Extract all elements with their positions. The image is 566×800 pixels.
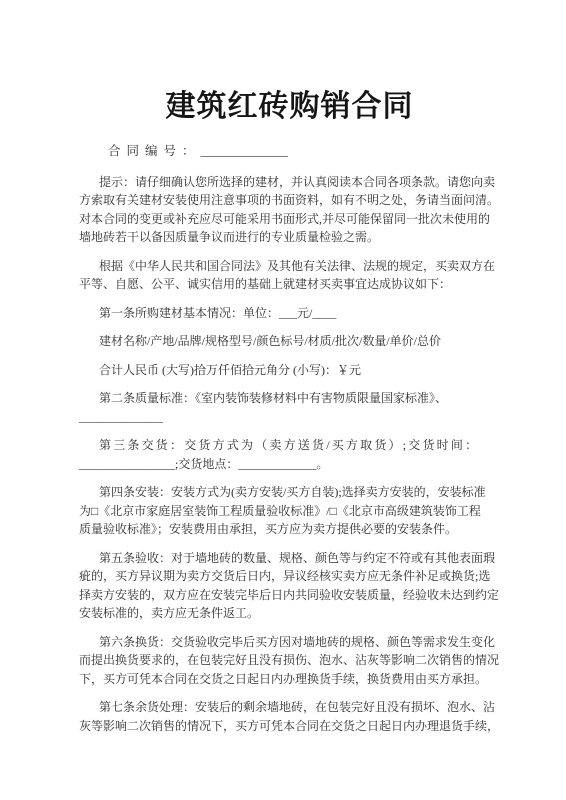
text-line: 第三条交货：交货方式为（卖方送货/买方取货）;交货时间： [79,436,500,455]
paragraph-clause-1: 第一条所购建材基本情况：单位：___元/____ [79,304,500,323]
text-line: 提示：请仔细确认您所选择的建材，并认真阅读本合同各项条款。请您向卖 [79,173,500,192]
text-line: 灰等影响二次销售的情况下，买方可凭本合同在交货之日起日内办理退货手续， [79,717,500,736]
text-line: 第五条验收：对于墙地砖的数量、规格、颜色等与约定不符或有其他表面瑕 [79,549,500,568]
document-body: 提示：请仔细确认您所选择的建材，并认真阅读本合同各项条款。请您向卖方索取有关建材… [79,173,500,736]
paragraph-clause-4: 第四条安装：安装方式为(卖方安装/买方自装);选择卖方安装的，安装标准为□《北京… [79,483,500,539]
paragraph-clause-5: 第五条验收：对于墙地砖的数量、规格、颜色等与约定不符或有其他表面瑕疵的，买方异议… [79,549,500,623]
text-line: 平等、自愿、公平、诚实信用的基础上就建材买卖事宜达成协议如下： [79,275,500,294]
paragraph-legal-basis: 根据《中华人民共和国合同法》及其他有关法律、法规的规定，买卖双方在平等、自愿、公… [79,257,500,294]
text-line: 合计人民币 (大写)拾万仟佰拾元角分 (小写)：￥元 [79,361,500,380]
text-line: 第六条换货：交货验收完毕后买方因对墙地砖的规格、颜色等需求发生变化 [79,633,500,652]
text-line: 方索取有关建材安装使用注意事项的书面资料，如有不明之处，务请当面问清。 [79,191,500,210]
text-line: 第七条余货处理：安装后的剩余墙地砖，在包装完好且没有损坏、泡水、沾 [79,698,500,717]
contract-number-blank: ______________ [201,144,289,158]
paragraph-clause-2: 第二条质量标准：《室内装饰装修材料中有害物质限量国家标准》、__________… [79,389,500,426]
paragraph-notice: 提示：请仔细确认您所选择的建材，并认真阅读本合同各项条款。请您向卖方索取有关建材… [79,173,500,247]
text-line: 对本合同的变更或补充应尽可能采用书面形式,并尽可能保留同一批次未使用的 [79,210,500,229]
paragraph-total-amount: 合计人民币 (大写)拾万仟佰拾元角分 (小写)：￥元 [79,361,500,380]
contract-number-label: 合同编号： [108,144,201,158]
paragraph-clause-7: 第七条余货处理：安装后的剩余墙地砖，在包装完好且没有损坏、泡水、沾灰等影响二次销… [79,698,500,735]
document-page: 建筑红砖购销合同 合同编号：______________ 提示：请仔细确认您所选… [0,0,566,735]
contract-number-line: 合同编号：______________ [79,142,500,161]
text-line: 择卖方安装的，双方应在安装完毕后日内共同验收安装质量，经验收未达到约定 [79,586,500,605]
text-line: 建材名称/产地/品牌/规格型号/颜色标号/材质/批次/数量/单价/总价 [79,332,500,351]
text-line: 为□《北京市家庭居室装饰工程质量验收标准》/□《北京市高级建筑装饰工程 [79,502,500,521]
text-line: ______________ [79,408,500,427]
text-line: 安装标准的，卖方应无条件返工。 [79,604,500,623]
paragraph-materials-fields: 建材名称/产地/品牌/规格型号/颜色标号/材质/批次/数量/单价/总价 [79,332,500,351]
text-line: 第二条质量标准：《室内装饰装修材料中有害物质限量国家标准》、 [79,389,500,408]
text-line: 第一条所购建材基本情况：单位：___元/____ [79,304,500,323]
document-title: 建筑红砖购销合同 [79,88,500,126]
text-line: ________________;交货地点：_____________。 [79,455,500,474]
paragraph-clause-6: 第六条换货：交货验收完毕后买方因对墙地砖的规格、颜色等需求发生变化而提出换货要求… [79,633,500,689]
text-line: 根据《中华人民共和国合同法》及其他有关法律、法规的规定，买卖双方在 [79,257,500,276]
paragraph-clause-3: 第三条交货：交货方式为（卖方送货/买方取货）;交货时间：____________… [79,436,500,473]
text-line: 而提出换货要求的，在包装完好且没有损伤、泡水、沾灰等影响二次销售的情况 [79,651,500,670]
text-line: 下，买方可凭本合同在交货之日起日内办理换货手续，换货费用由买方承担。 [79,670,500,689]
text-line: 第四条安装：安装方式为(卖方安装/买方自装);选择卖方安装的，安装标准 [79,483,500,502]
text-line: 质量验收标准》；安装费用由承担，买方应为卖方提供必要的安装条件。 [79,520,500,539]
text-line: 疵的，买方异议期为卖方交货后日内，异议经核实卖方应无条件补足或换货;选 [79,567,500,586]
text-line: 墙地砖若干以备因质量争议而进行的专业质量检验之需。 [79,228,500,247]
